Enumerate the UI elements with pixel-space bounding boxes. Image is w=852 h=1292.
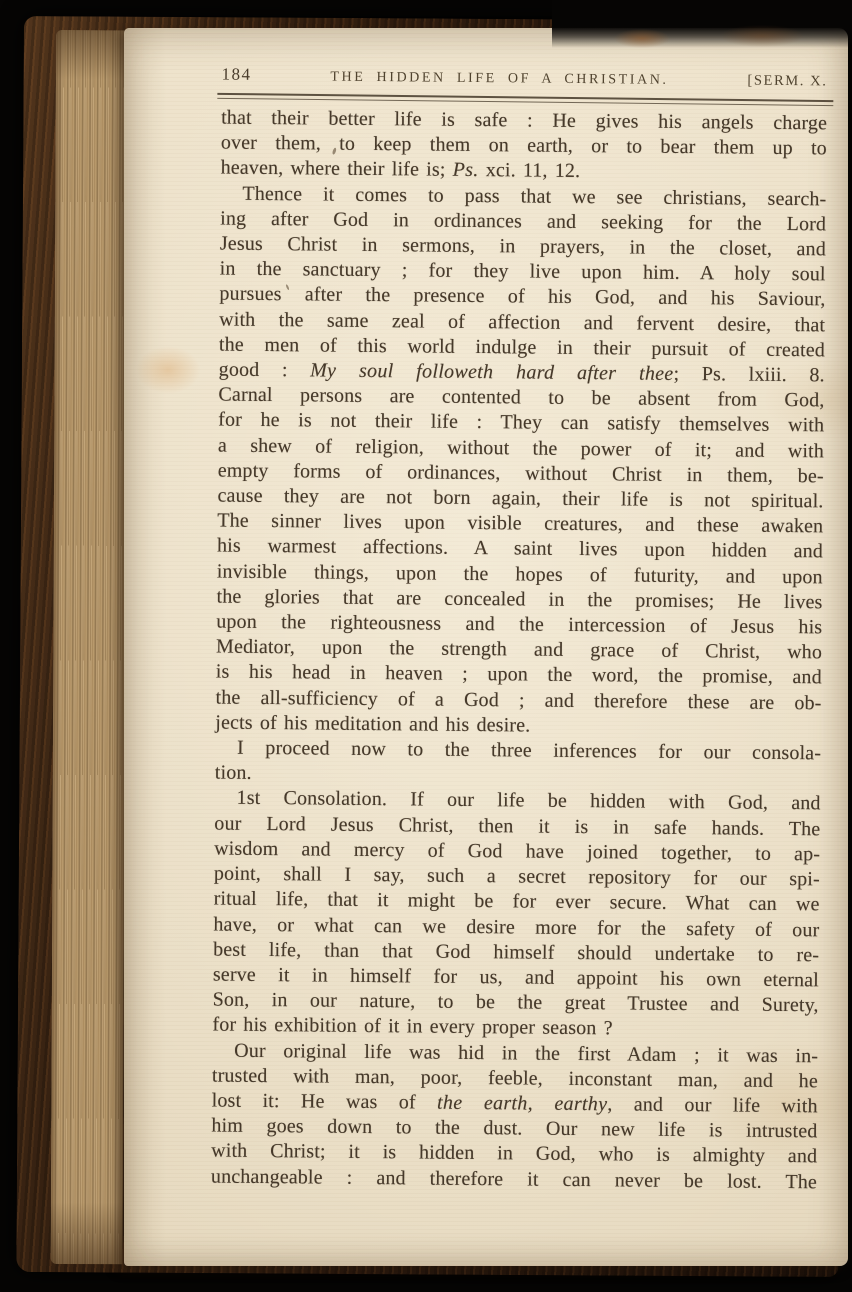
text-segment: trusted with man, poor, feeble, inconsta… (212, 1064, 818, 1092)
text-segment: Mediator, upon the strength and grace of… (216, 636, 822, 664)
text-segment: good : (219, 359, 311, 382)
text-segment: the men of this world indulge in their p… (219, 333, 825, 361)
text-segment: Carnal persons are contented to be absen… (218, 384, 824, 412)
text-segment: lost it: He was of (212, 1089, 438, 1113)
italic-text-segment: My soul followeth hard after thee (310, 359, 674, 384)
ink-speck (310, 1077, 314, 1081)
text-segment: with Christ; it is hidden in God, who is… (211, 1140, 817, 1168)
header-rule (217, 93, 833, 106)
text-segment: jects of his meditation and his desire. (215, 711, 530, 736)
text-segment: Jesus Christ in sermons, in prayers, in … (220, 233, 826, 261)
worn-cover-corner (552, 0, 852, 48)
text-segment: invisible things, upon the hopes of futu… (217, 560, 823, 588)
text-segment: Son, in our nature, to be the great Trus… (213, 989, 819, 1017)
text-segment: heaven, where their life is; (221, 157, 453, 181)
text-segment: The sinner lives upon visible creatures,… (217, 510, 823, 538)
text-segment: serve it in himself for us, and appoint … (213, 963, 819, 991)
text-segment: empty forms of ordinances, without Chris… (218, 459, 824, 487)
italic-text-segment: Ps. (453, 159, 479, 181)
text-segment: upon the righteousness and the intercess… (216, 611, 822, 639)
scan-background: 184 THE HIDDEN LIFE OF A CHRISTIAN. [SER… (0, 0, 852, 1292)
text-segment: pursues after the presence of his God, a… (219, 283, 825, 311)
italic-text-segment: the earth, earthy (437, 1092, 607, 1116)
text-segment: xci. 11, 12. (478, 159, 580, 182)
book-page: 184 THE HIDDEN LIFE OF A CHRISTIAN. [SER… (124, 28, 848, 1266)
text-segment: , and our life with (607, 1093, 818, 1117)
text-segment: ; Ps. lxiii. 8. (673, 363, 824, 386)
text-line: unchangeable : and therefore it can neve… (211, 1164, 817, 1195)
text-segment: best life, than that God himself should … (213, 938, 819, 966)
text-segment: ing after God in ordinances and seeking … (220, 207, 826, 235)
text-segment: our Lord Jesus Christ, then it is in saf… (214, 812, 820, 840)
section-marker: [SERM. X. (747, 73, 827, 91)
text-segment: the glories that are concealed in the pr… (216, 585, 822, 613)
text-segment: with the same zeal of affection and ferv… (219, 308, 825, 336)
text-column: that their better life is safe : He give… (211, 106, 827, 1196)
text-segment: wisdom and mercy of God have joined toge… (214, 837, 820, 865)
text-segment: ritual life, that it might be for ever s… (214, 888, 820, 916)
text-segment: have, or what can we desire more for the… (213, 913, 819, 941)
text-segment: is his head in heaven ; upon the word, t… (216, 661, 822, 689)
text-segment: cause they are not born again, their lif… (217, 485, 823, 513)
text-segment: 1st Consolation. If our life be hidden w… (237, 787, 821, 815)
text-segment: tion. (215, 762, 252, 784)
text-segment: in the sanctuary ; for they live upon hi… (220, 258, 826, 286)
text-segment: I proceed now to the three inferences fo… (237, 737, 821, 765)
text-segment: Our original life was hid in the first A… (234, 1039, 818, 1067)
text-segment: over them, to keep them on earth, or to … (221, 132, 827, 160)
text-segment: him goes down to the dust. Our new life … (211, 1115, 817, 1143)
running-title: THE HIDDEN LIFE OF A CHRISTIAN. (251, 69, 747, 90)
text-segment: his warmest affections. A saint lives up… (217, 535, 823, 563)
page-header: 184 THE HIDDEN LIFE OF A CHRISTIAN. [SER… (221, 65, 827, 91)
text-segment: for he is not their life : They can sati… (218, 409, 824, 437)
text-segment: unchangeable : and therefore it can neve… (211, 1165, 817, 1193)
text-segment: Thence it comes to pass that we see chri… (242, 182, 826, 210)
text-segment: a shew of religion, without the power of… (218, 434, 824, 462)
text-segment: that their better life is safe : He give… (221, 107, 827, 135)
printed-area: 184 THE HIDDEN LIFE OF A CHRISTIAN. [SER… (112, 28, 848, 1273)
page-number: 184 (221, 65, 251, 85)
text-segment: the all-sufficiency of a God ; and there… (215, 686, 821, 714)
text-segment: point, shall I say, such a secret reposi… (214, 863, 820, 891)
text-segment: for his exhibition of it in every proper… (212, 1014, 612, 1040)
